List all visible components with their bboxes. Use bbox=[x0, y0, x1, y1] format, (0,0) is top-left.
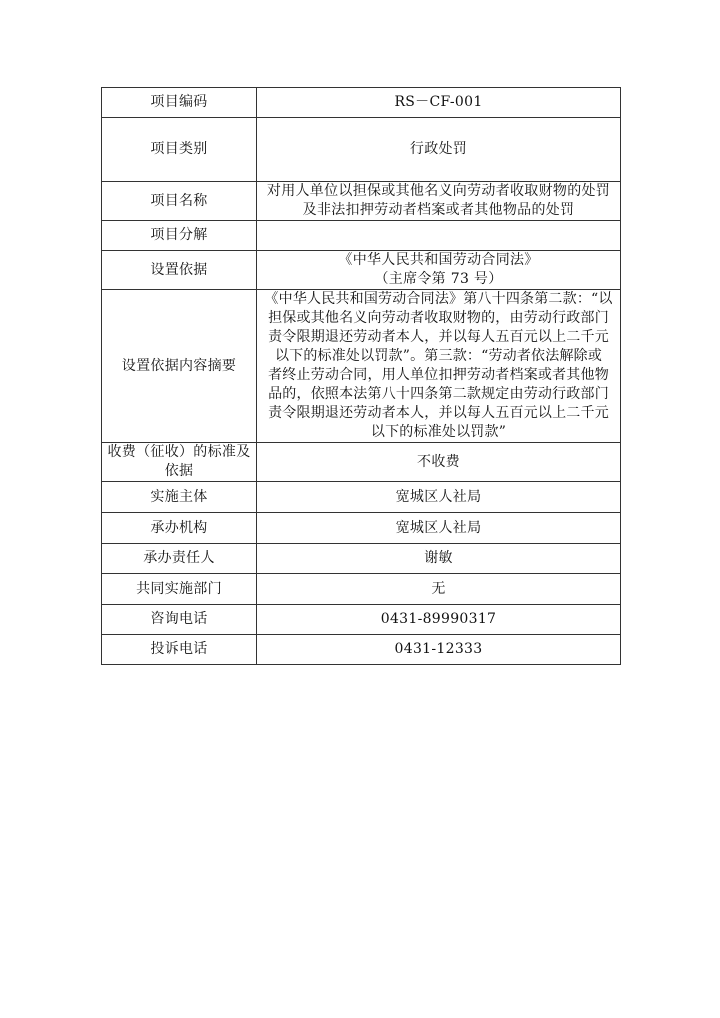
table-row-handling-agency: 承办机构 宽城区人社局 bbox=[102, 513, 621, 544]
label-item-name: 项目名称 bbox=[102, 182, 257, 221]
value-item-category: 行政处罚 bbox=[257, 118, 621, 182]
value-item-breakdown bbox=[257, 221, 621, 251]
item-name-line-2: 及非法扣押劳动者档案或者其他物品的处罚 bbox=[261, 201, 616, 220]
fee-standard-label-line-2: 依据 bbox=[106, 462, 252, 481]
label-fee-standard: 收费（征收）的标准及 依据 bbox=[102, 443, 257, 482]
value-complaint-phone: 0431-12333 bbox=[257, 635, 621, 665]
value-item-name: 对用人单位以担保或其他名义向劳动者收取财物的处罚 及非法扣押劳动者档案或者其他物… bbox=[257, 182, 621, 221]
value-item-code: RS－CF-001 bbox=[257, 88, 621, 118]
item-info-table: 项目编码 RS－CF-001 项目类别 行政处罚 项目名称 对用人单位以担保或其… bbox=[101, 87, 621, 665]
basis-summary-line-5: 者终止劳动合同，用人单位扣押劳动者档案或者其他物 bbox=[260, 366, 617, 385]
value-legal-basis: 《中华人民共和国劳动合同法》 （主席令第 73 号） bbox=[257, 251, 621, 290]
basis-summary-line-7: 责令限期退还劳动者本人，并以每人五百元以上二千元 bbox=[260, 404, 617, 423]
basis-summary-line-3: 责令限期退还劳动者本人，并以每人五百元以上二千元 bbox=[260, 328, 617, 347]
table-row-item-breakdown: 项目分解 bbox=[102, 221, 621, 251]
fee-standard-label-line-1: 收费（征收）的标准及 bbox=[106, 443, 252, 462]
basis-summary-line-2: 担保或其他名义向劳动者收取财物的，由劳动行政部门 bbox=[260, 309, 617, 328]
label-complaint-phone: 投诉电话 bbox=[102, 635, 257, 665]
label-item-breakdown: 项目分解 bbox=[102, 221, 257, 251]
label-legal-basis: 设置依据 bbox=[102, 251, 257, 290]
table-row-basis-summary: 设置依据内容摘要 《中华人民共和国劳动合同法》第八十四条第二款：“以 担保或其他… bbox=[102, 290, 621, 443]
label-joint-departments: 共同实施部门 bbox=[102, 574, 257, 605]
table-row-fee-standard: 收费（征收）的标准及 依据 不收费 bbox=[102, 443, 621, 482]
value-fee-standard: 不收费 bbox=[257, 443, 621, 482]
value-basis-summary: 《中华人民共和国劳动合同法》第八十四条第二款：“以 担保或其他名义向劳动者收取财… bbox=[257, 290, 621, 443]
table-row-implementing-body: 实施主体 宽城区人社局 bbox=[102, 482, 621, 513]
value-implementing-body: 宽城区人社局 bbox=[257, 482, 621, 513]
value-responsible-person: 谢敏 bbox=[257, 544, 621, 574]
basis-summary-line-6: 品的，依照本法第八十四条第二款规定由劳动行政部门 bbox=[260, 385, 617, 404]
label-handling-agency: 承办机构 bbox=[102, 513, 257, 544]
legal-basis-line-1: 《中华人民共和国劳动合同法》 bbox=[261, 251, 616, 270]
value-inquiry-phone: 0431-89990317 bbox=[257, 605, 621, 635]
table-row-legal-basis: 设置依据 《中华人民共和国劳动合同法》 （主席令第 73 号） bbox=[102, 251, 621, 290]
table-row-item-code: 项目编码 RS－CF-001 bbox=[102, 88, 621, 118]
table-row-responsible-person: 承办责任人 谢敏 bbox=[102, 544, 621, 574]
label-item-code: 项目编码 bbox=[102, 88, 257, 118]
basis-summary-line-1: 《中华人民共和国劳动合同法》第八十四条第二款：“以 bbox=[260, 290, 617, 309]
table-row-item-name: 项目名称 对用人单位以担保或其他名义向劳动者收取财物的处罚 及非法扣押劳动者档案… bbox=[102, 182, 621, 221]
label-basis-summary: 设置依据内容摘要 bbox=[102, 290, 257, 443]
table-row-joint-departments: 共同实施部门 无 bbox=[102, 574, 621, 605]
legal-basis-line-2: （主席令第 73 号） bbox=[261, 270, 616, 289]
label-responsible-person: 承办责任人 bbox=[102, 544, 257, 574]
table-row-inquiry-phone: 咨询电话 0431-89990317 bbox=[102, 605, 621, 635]
label-implementing-body: 实施主体 bbox=[102, 482, 257, 513]
table-row-item-category: 项目类别 行政处罚 bbox=[102, 118, 621, 182]
label-inquiry-phone: 咨询电话 bbox=[102, 605, 257, 635]
label-item-category: 项目类别 bbox=[102, 118, 257, 182]
table-row-complaint-phone: 投诉电话 0431-12333 bbox=[102, 635, 621, 665]
value-joint-departments: 无 bbox=[257, 574, 621, 605]
value-handling-agency: 宽城区人社局 bbox=[257, 513, 621, 544]
basis-summary-line-8: 以下的标准处以罚款” bbox=[260, 423, 617, 442]
basis-summary-line-4: 以下的标准处以罚款”。第三款：“劳动者依法解除或 bbox=[260, 347, 617, 366]
item-name-line-1: 对用人单位以担保或其他名义向劳动者收取财物的处罚 bbox=[261, 182, 616, 201]
